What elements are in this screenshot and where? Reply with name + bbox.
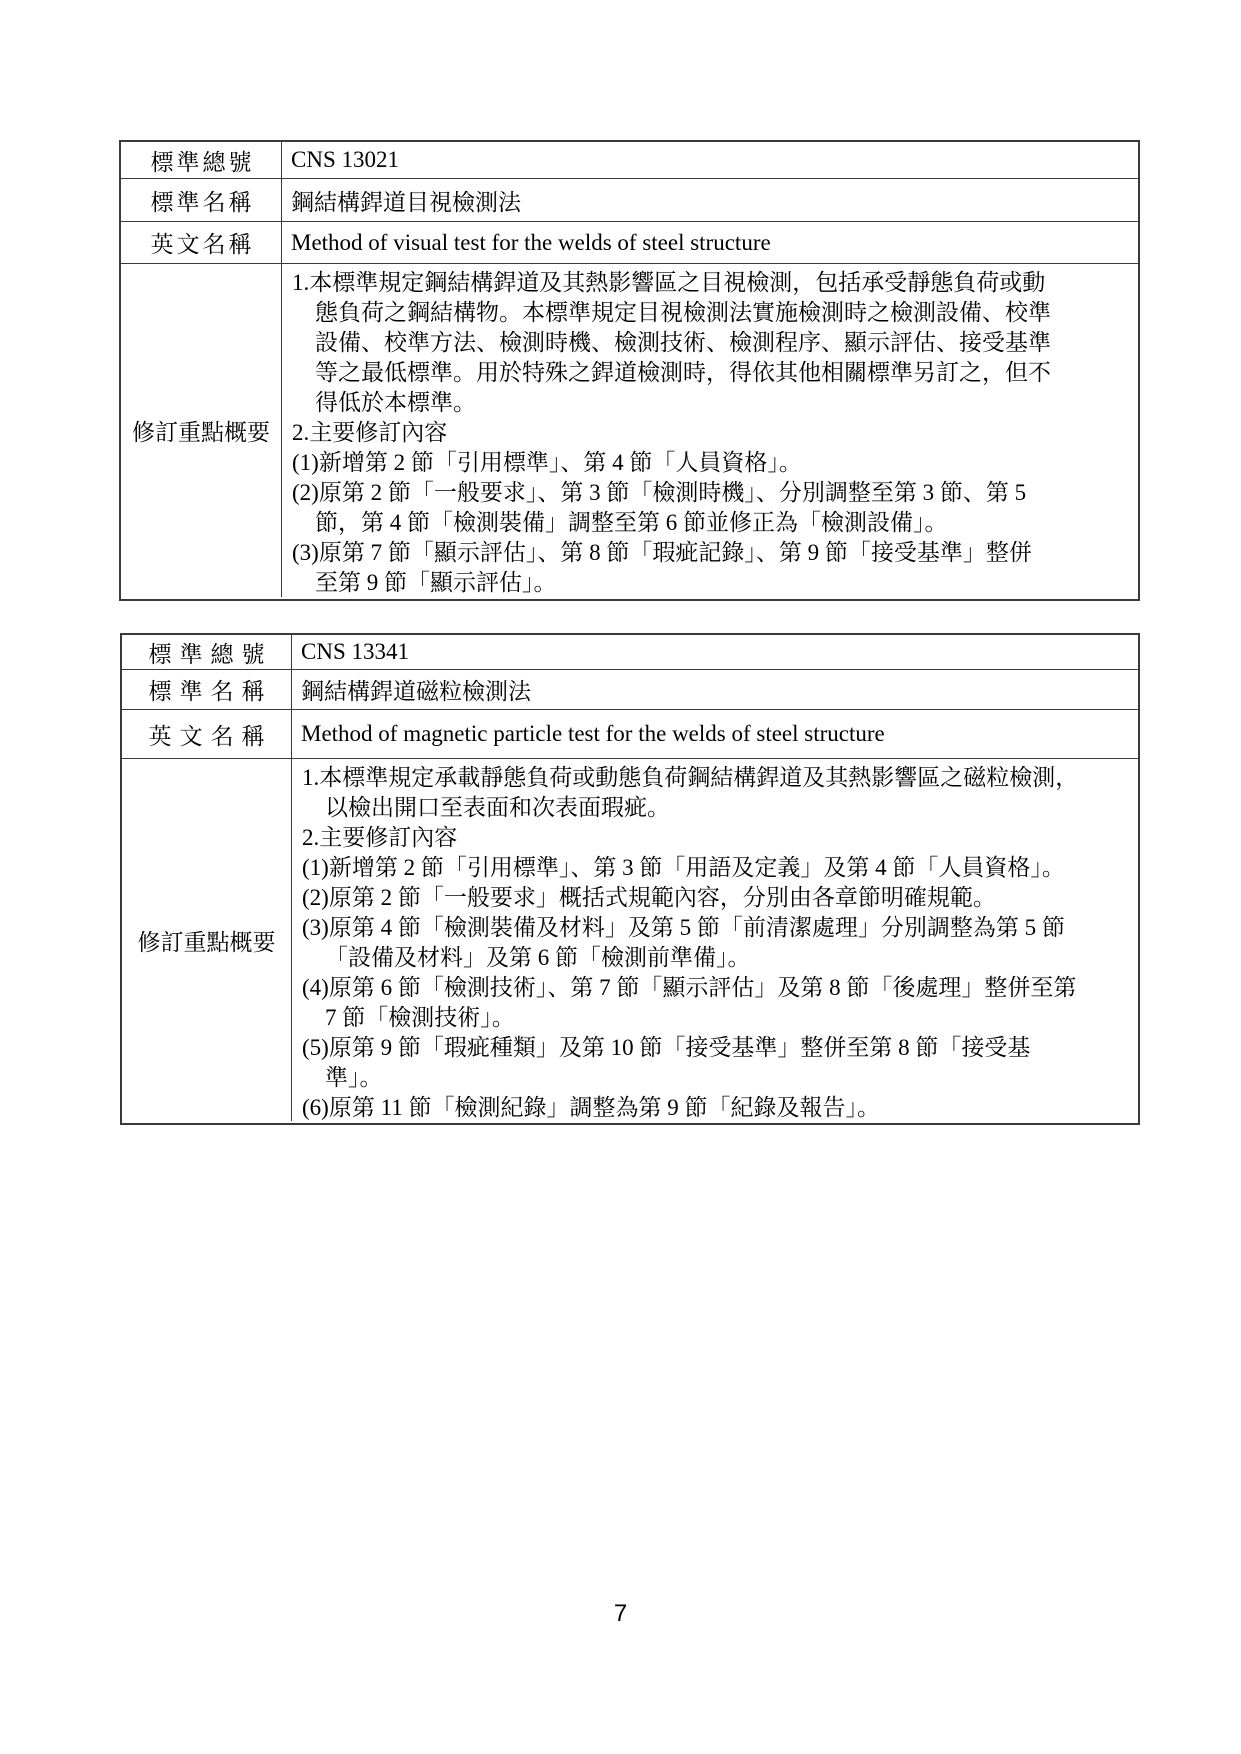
summary-line: 1.本標準規定承載靜態負荷或動態負荷鋼結構銲道及其熱影響區之磁粒檢測，	[302, 763, 1134, 793]
table-row: 修訂重點概要 1.本標準規定承載靜態負荷或動態負荷鋼結構銲道及其熱影響區之磁粒檢…	[122, 758, 1138, 1121]
field-value-standard-number: CNS 13341	[292, 635, 1138, 669]
field-value-english-name: Method of magnetic particle test for the…	[292, 710, 1138, 758]
summary-line: (1)新增第 2 節「引用標準」、第 4 節「人員資格」。	[292, 448, 1134, 478]
summary-line: (3)原第 7 節「顯示評估」、第 8 節「瑕疵記錄」、第 9 節「接受基準」整…	[292, 538, 1134, 568]
revision-summary-content: 1.本標準規定鋼結構銲道及其熱影響區之目視檢測，包括承受靜態負荷或動態負荷之鋼結…	[282, 264, 1138, 597]
table-row: 英文名稱 Method of visual test for the welds…	[121, 221, 1138, 263]
field-value-english-name: Method of visual test for the welds of s…	[282, 222, 1138, 263]
summary-line: 態負荷之鋼結構物。本標準規定目視檢測法實施檢測時之檢測設備、校準	[292, 298, 1134, 328]
summary-line: 至第 9 節「顯示評估」。	[292, 568, 1134, 597]
summary-line: 「設備及材料」及第 6 節「檢測前準備」。	[302, 943, 1134, 973]
summary-line: (2)原第 2 節「一般要求」、第 3 節「檢測時機」、分別調整至第 3 節、第…	[292, 478, 1134, 508]
summary-line: 設備、校準方法、檢測時機、檢測技術、檢測程序、顯示評估、接受基準	[292, 328, 1134, 358]
field-label-revision-summary: 修訂重點概要	[122, 759, 292, 1121]
summary-line: (4)原第 6 節「檢測技術」、第 7 節「顯示評估」及第 8 節「後處理」整併…	[302, 973, 1134, 1003]
summary-line: (5)原第 9 節「瑕疵種類」及第 10 節「接受基準」整併至第 8 節「接受基	[302, 1033, 1134, 1063]
table-row: 英文名稱 Method of magnetic particle test fo…	[122, 709, 1138, 758]
field-label-standard-name: 標準名稱	[121, 179, 282, 221]
standard-table-cns-13021: 標準總號 CNS 13021 標準名稱 鋼結構銲道目視檢測法 英文名稱 Meth…	[119, 140, 1140, 601]
summary-line: 準」。	[302, 1063, 1134, 1093]
page-number: 7	[0, 1600, 1241, 1628]
table-row: 標準名稱 鋼結構銲道目視檢測法	[121, 178, 1138, 221]
summary-line: 以檢出開口至表面和次表面瑕疵。	[302, 793, 1134, 823]
summary-line: (6)原第 11 節「檢測紀錄」調整為第 9 節「紀錄及報告」。	[302, 1093, 1134, 1121]
table-row: 標準總號 CNS 13341	[122, 635, 1138, 669]
table-row: 標準名稱 鋼結構銲道磁粒檢測法	[122, 669, 1138, 709]
summary-line: 得低於本標準。	[292, 388, 1134, 418]
table-row: 標準總號 CNS 13021	[121, 142, 1138, 178]
table-row: 修訂重點概要 1.本標準規定鋼結構銲道及其熱影響區之目視檢測，包括承受靜態負荷或…	[121, 263, 1138, 597]
summary-line: 1.本標準規定鋼結構銲道及其熱影響區之目視檢測，包括承受靜態負荷或動	[292, 268, 1134, 298]
summary-line: 7 節「檢測技術」。	[302, 1003, 1134, 1033]
summary-line: 節，第 4 節「檢測裝備」調整至第 6 節並修正為「檢測設備」。	[292, 508, 1134, 538]
field-label-english-name: 英文名稱	[121, 222, 282, 263]
field-value-standard-name: 鋼結構銲道目視檢測法	[282, 179, 1138, 221]
standard-table-cns-13341: 標準總號 CNS 13341 標準名稱 鋼結構銲道磁粒檢測法 英文名稱 Meth…	[120, 633, 1140, 1125]
summary-line: 等之最低標準。用於特殊之銲道檢測時，得依其他相關標準另訂之，但不	[292, 358, 1134, 388]
field-label-standard-number: 標準總號	[122, 635, 292, 669]
summary-line: (3)原第 4 節「檢測裝備及材料」及第 5 節「前清潔處理」分別調整為第 5 …	[302, 913, 1134, 943]
summary-line: (1)新增第 2 節「引用標準」、第 3 節「用語及定義」及第 4 節「人員資格…	[302, 853, 1134, 883]
summary-line: (2)原第 2 節「一般要求」概括式規範內容，分別由各章節明確規範。	[302, 883, 1134, 913]
document-page: 標準總號 CNS 13021 標準名稱 鋼結構銲道目視檢測法 英文名稱 Meth…	[0, 0, 1241, 1754]
field-label-english-name: 英文名稱	[122, 710, 292, 758]
revision-summary-content: 1.本標準規定承載靜態負荷或動態負荷鋼結構銲道及其熱影響區之磁粒檢測，以檢出開口…	[292, 759, 1138, 1121]
field-label-revision-summary: 修訂重點概要	[121, 264, 282, 597]
field-label-standard-name: 標準名稱	[122, 670, 292, 709]
field-value-standard-name: 鋼結構銲道磁粒檢測法	[292, 670, 1138, 709]
summary-line: 2.主要修訂內容	[302, 823, 1134, 853]
field-label-standard-number: 標準總號	[121, 142, 282, 178]
summary-line: 2.主要修訂內容	[292, 418, 1134, 448]
field-value-standard-number: CNS 13021	[282, 142, 1138, 178]
